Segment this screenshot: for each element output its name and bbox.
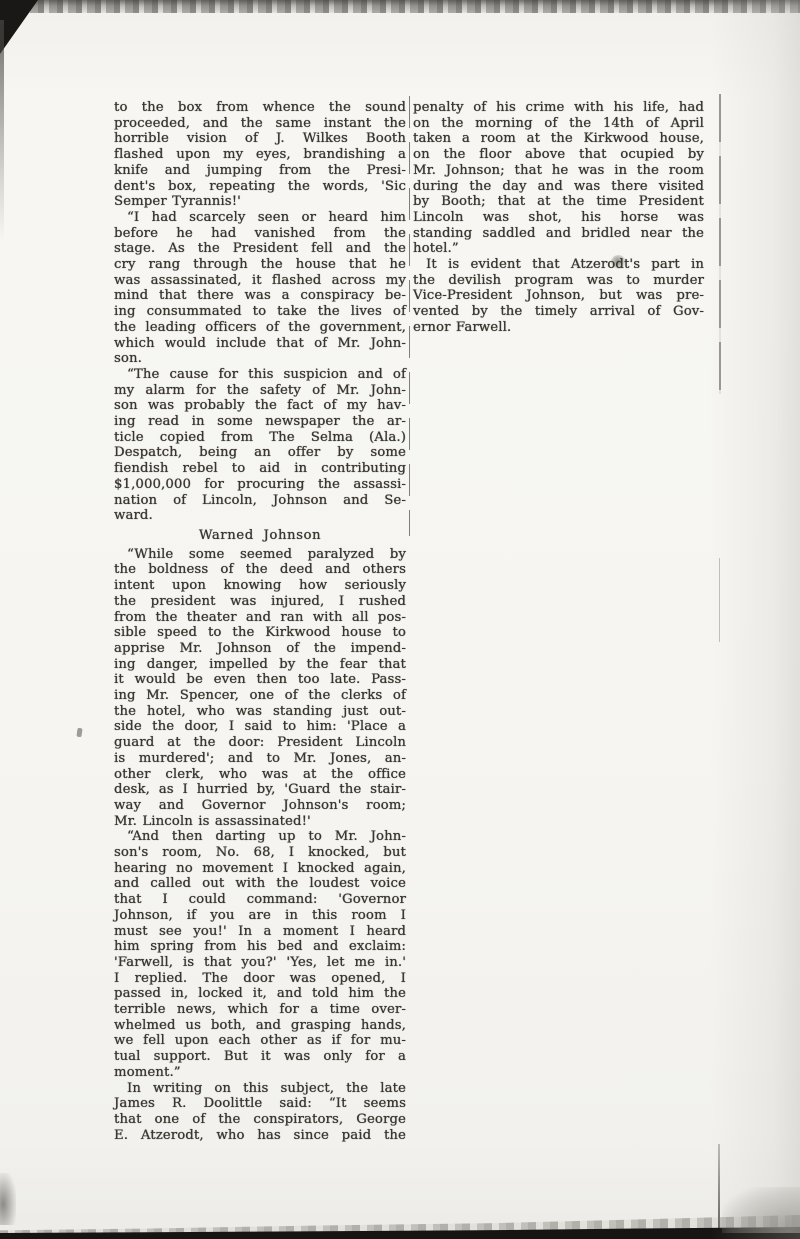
article-column-left: to the box from whence the soundproceede… xyxy=(114,100,406,1143)
text-line: “The cause for this suspicion and of xyxy=(114,367,406,383)
text-line: that one of the conspirators, George xyxy=(114,1112,406,1128)
text-line: Vice-President Johnson, but was pre- xyxy=(413,288,704,304)
text-line: and called out with the loudest voice xyxy=(114,876,406,892)
text-line: the leading officers of the government, xyxy=(114,320,406,336)
text-line: penalty of his crime with his life, had xyxy=(413,100,704,116)
text-line: Despatch, being an offer by some xyxy=(114,445,406,461)
text-line: $1,000,000 for procuring the assassi- xyxy=(114,477,406,493)
text-line: ing danger, impelled by the fear that xyxy=(114,657,406,673)
text-line: it would be even then too late. Pass- xyxy=(114,672,406,688)
text-line: “And then darting up to Mr. John- xyxy=(114,829,406,845)
column-divider-rule xyxy=(409,96,410,536)
text-line: is murdered'; and to Mr. Jones, an- xyxy=(114,751,406,767)
text-line: I replied. The door was opened, I xyxy=(114,971,406,987)
text-line: taken a room at the Kirkwood house, xyxy=(413,131,704,147)
text-line: Johnson, if you are in this room I xyxy=(114,908,406,924)
text-line: the devilish program was to murder xyxy=(413,273,704,289)
text-line: James R. Doolittle said: “It seems xyxy=(114,1096,406,1112)
text-line: ernor Farwell. xyxy=(413,320,704,336)
text-line: dent's box, repeating the words, 'Sic xyxy=(114,179,406,195)
scan-bottom-edge-artifact xyxy=(0,1224,800,1239)
text-line: Lincoln was shot, his horse was xyxy=(413,210,704,226)
text-line: before he had vanished from the xyxy=(114,226,406,242)
text-line: mind that there was a conspiracy be- xyxy=(114,288,406,304)
text-line: we fell upon each other as if for mu- xyxy=(114,1033,406,1049)
text-line: the boldness of the deed and others xyxy=(114,562,406,578)
text-line: stage. As the President fell and the xyxy=(114,241,406,257)
text-line: tual support. But it was only for a xyxy=(114,1049,406,1065)
text-line: “I had scarcely seen or heard him xyxy=(114,210,406,226)
paragraph: “And then darting up to Mr. John-son's r… xyxy=(114,829,406,1080)
text-line: ing read in some newspaper the ar- xyxy=(114,414,406,430)
text-line: whelmed us both, and grasping hands, xyxy=(114,1018,406,1034)
text-line: ing Mr. Spencer, one of the clerks of xyxy=(114,688,406,704)
text-line: other clerk, who was at the office xyxy=(114,767,406,783)
text-line: was assassinated, it flashed across my xyxy=(114,273,406,289)
right-column-rule-middle xyxy=(719,558,720,642)
text-line: proceeded, and the same instant the xyxy=(114,116,406,132)
text-line: cry rang through the house that he xyxy=(114,257,406,273)
text-line: terrible news, which for a time over- xyxy=(114,1002,406,1018)
text-line: In writing on this subject, the late xyxy=(114,1081,406,1097)
paragraph: penalty of his crime with his life, hado… xyxy=(413,100,704,257)
text-line: on the floor above that ocupied by xyxy=(413,147,704,163)
text-line: side the door, I said to him: 'Place a xyxy=(114,719,406,735)
text-line: way and Governor Johnson's room; xyxy=(114,798,406,814)
text-line: 'Farwell, is that you?' 'Yes, let me in.… xyxy=(114,955,406,971)
margin-speck-artifact xyxy=(76,728,82,738)
text-line: ticle copied from The Selma (Ala.) xyxy=(114,430,406,446)
text-line: son. xyxy=(114,351,406,367)
text-line: It is evident that Atzerodt's part in xyxy=(413,257,704,273)
paragraph: “While some seemed paralyzed bythe boldn… xyxy=(114,547,406,830)
text-line: ward. xyxy=(114,508,406,524)
text-line: on the morning of the 14th of April xyxy=(413,116,704,132)
text-line: knife and jumping from the Presi- xyxy=(114,163,406,179)
article-column-right: penalty of his crime with his life, hado… xyxy=(413,100,704,336)
scanned-newspaper-page: to the box from whence the soundproceede… xyxy=(0,0,800,1239)
text-line: Semper Tyrannis!' xyxy=(114,194,406,210)
text-line: passed in, locked it, and told him the xyxy=(114,986,406,1002)
text-line: standing saddled and bridled near the xyxy=(413,226,704,242)
text-line: apprise Mr. Johnson of the impend- xyxy=(114,641,406,657)
paragraph: In writing on this subject, the lateJame… xyxy=(114,1081,406,1144)
scan-blob-artifact xyxy=(0,1173,16,1225)
text-line: “While some seemed paralyzed by xyxy=(114,547,406,563)
scan-bottom-speckle-artifact xyxy=(0,1211,800,1233)
text-line: my alarm for the safety of Mr. John- xyxy=(114,383,406,399)
text-line: flashed upon my eyes, brandishing a xyxy=(114,147,406,163)
text-line: to the box from whence the sound xyxy=(114,100,406,116)
paragraph: It is evident that Atzerodt's part inthe… xyxy=(413,257,704,336)
text-line: hotel.” xyxy=(413,241,704,257)
right-column-rule-top xyxy=(719,94,721,394)
text-line: which would include that of Mr. John- xyxy=(114,336,406,352)
text-line: him spring from his bed and exclaim: xyxy=(114,939,406,955)
text-line: Mr. Johnson; that he was in the room xyxy=(413,163,704,179)
scan-corner-fold-artifact xyxy=(0,0,38,54)
text-line: guard at the door: President Lincoln xyxy=(114,735,406,751)
text-line: moment.” xyxy=(114,1065,406,1081)
paragraph: “I had scarcely seen or heard himbefore … xyxy=(114,210,406,367)
text-line: during the day and was there visited xyxy=(413,179,704,195)
scan-left-edge-artifact xyxy=(0,20,4,240)
text-line: vented by the timely arrival of Gov- xyxy=(413,304,704,320)
paragraph: to the box from whence the soundproceede… xyxy=(114,100,406,210)
text-line: the hotel, who was standing just out- xyxy=(114,704,406,720)
text-line: Mr. Lincoln is assassinated!' xyxy=(114,814,406,830)
text-line: that I could command: 'Governor xyxy=(114,892,406,908)
text-line: son was probably the fact of my hav- xyxy=(114,398,406,414)
text-line: by Booth; that at the time President xyxy=(413,194,704,210)
text-line: hearing no movement I knocked again, xyxy=(114,861,406,877)
text-line: intent upon knowing how seriously xyxy=(114,578,406,594)
scan-corner-blotch-artifact xyxy=(722,1187,800,1233)
right-column-rule-bottom xyxy=(718,1144,720,1236)
text-line: sible speed to the Kirkwood house to xyxy=(114,625,406,641)
text-line: horrible vision of J. Wilkes Booth xyxy=(114,131,406,147)
text-line: must see you!' In a moment I heard xyxy=(114,924,406,940)
text-line: from the theater and ran with all pos- xyxy=(114,610,406,626)
text-line: nation of Lincoln, Johnson and Se- xyxy=(114,493,406,509)
text-line: desk, as I hurried by, 'Guard the stair- xyxy=(114,782,406,798)
text-line: son's room, No. 68, I knocked, but xyxy=(114,845,406,861)
text-line: E. Atzerodt, who has since paid the xyxy=(114,1128,406,1144)
paragraph: “The cause for this suspicion and ofmy a… xyxy=(114,367,406,524)
text-line: ing consummated to take the lives of xyxy=(114,304,406,320)
section-heading: Warned Johnson xyxy=(114,528,406,544)
text-line: the president was injured, I rushed xyxy=(114,594,406,610)
scan-top-edge-artifact xyxy=(0,0,800,13)
text-line: fiendish rebel to aid in contributing xyxy=(114,461,406,477)
